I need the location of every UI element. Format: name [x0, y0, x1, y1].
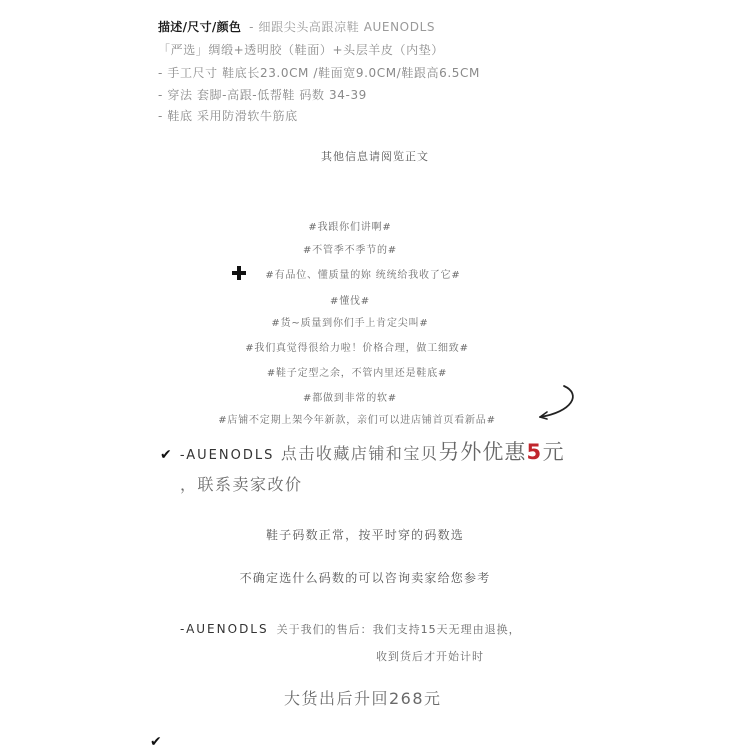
specs-title: 描述/尺寸/颜色	[158, 20, 241, 34]
hashtag-line: #货~质量到你们手上肯定尖叫#	[0, 314, 725, 329]
hashtag-line: #鞋子定型之余，不管内里还是鞋底#	[0, 364, 732, 379]
promo-text: 点击收藏店铺和宝贝	[281, 444, 439, 463]
hashtag-line: #我跟你们讲啊#	[0, 218, 725, 233]
after-sale-line2: 收到货后才开始计时	[376, 648, 484, 664]
specs-title-desc: - 细跟尖头高跟凉鞋 AUENODLS	[249, 20, 435, 34]
promo-line2: ，联系卖家改价	[180, 472, 303, 495]
check-icon: ✔	[160, 447, 173, 463]
size-note: 不确定选什么码数的可以咨询卖家给您参考	[0, 569, 740, 586]
hashtag-line: #不管季不季节的#	[0, 241, 725, 256]
brand-name: -AUENODLS	[180, 622, 269, 636]
curved-arrow-icon	[532, 382, 582, 422]
hashtag-line: #都做到非常的软#	[0, 389, 725, 404]
brand-name: -AUENODLS	[180, 448, 275, 463]
after-sale-line1: -AUENODLS关于我们的售后：我们支持15天无理由退换，	[180, 621, 521, 637]
price-note: 大货出后升回268元	[284, 686, 442, 709]
promo-amount: 5	[526, 440, 542, 464]
promo-unit: 元	[543, 440, 565, 464]
promo-highlight: 另外优惠	[438, 440, 526, 464]
promo-line: ✔ -AUENODLS 点击收藏店铺和宝贝另外优惠5元	[160, 436, 565, 466]
hashtag-line: #我们真觉得很给力啦！价格合理，做工细致#	[0, 339, 732, 354]
spec-line-sole: - 鞋底 采用防滑软牛筋底	[158, 107, 298, 124]
spec-line-style: - 穿法 套脚-高跟-低帮鞋 码数 34-39	[158, 86, 367, 103]
after-sale-text: 关于我们的售后：我们支持15天无理由退换，	[277, 623, 521, 636]
size-note: 鞋子码数正常，按平时穿的码数选	[0, 526, 740, 543]
hashtag-line: #店铺不定期上架今年新款，亲们可以进店铺首页看新品#	[0, 411, 732, 426]
read-more-notice: 其他信息请阅览正文	[0, 148, 750, 164]
check-icon: ✔	[150, 734, 162, 750]
spec-line-material: 「严选」绸缎+透明胶（鞋面）+头层羊皮（内垫）	[158, 41, 444, 58]
specs-header: 描述/尺寸/颜色- 细跟尖头高跟凉鞋 AUENODLS	[158, 18, 435, 35]
hashtag-line: #有品位、懂质量的妳 统统给我收了它#	[0, 266, 738, 281]
hashtag-line: #懂伐#	[0, 292, 725, 307]
spec-line-size: - 手工尺寸 鞋底长23.0CM /鞋面宽9.0CM/鞋跟高6.5CM	[158, 64, 480, 81]
